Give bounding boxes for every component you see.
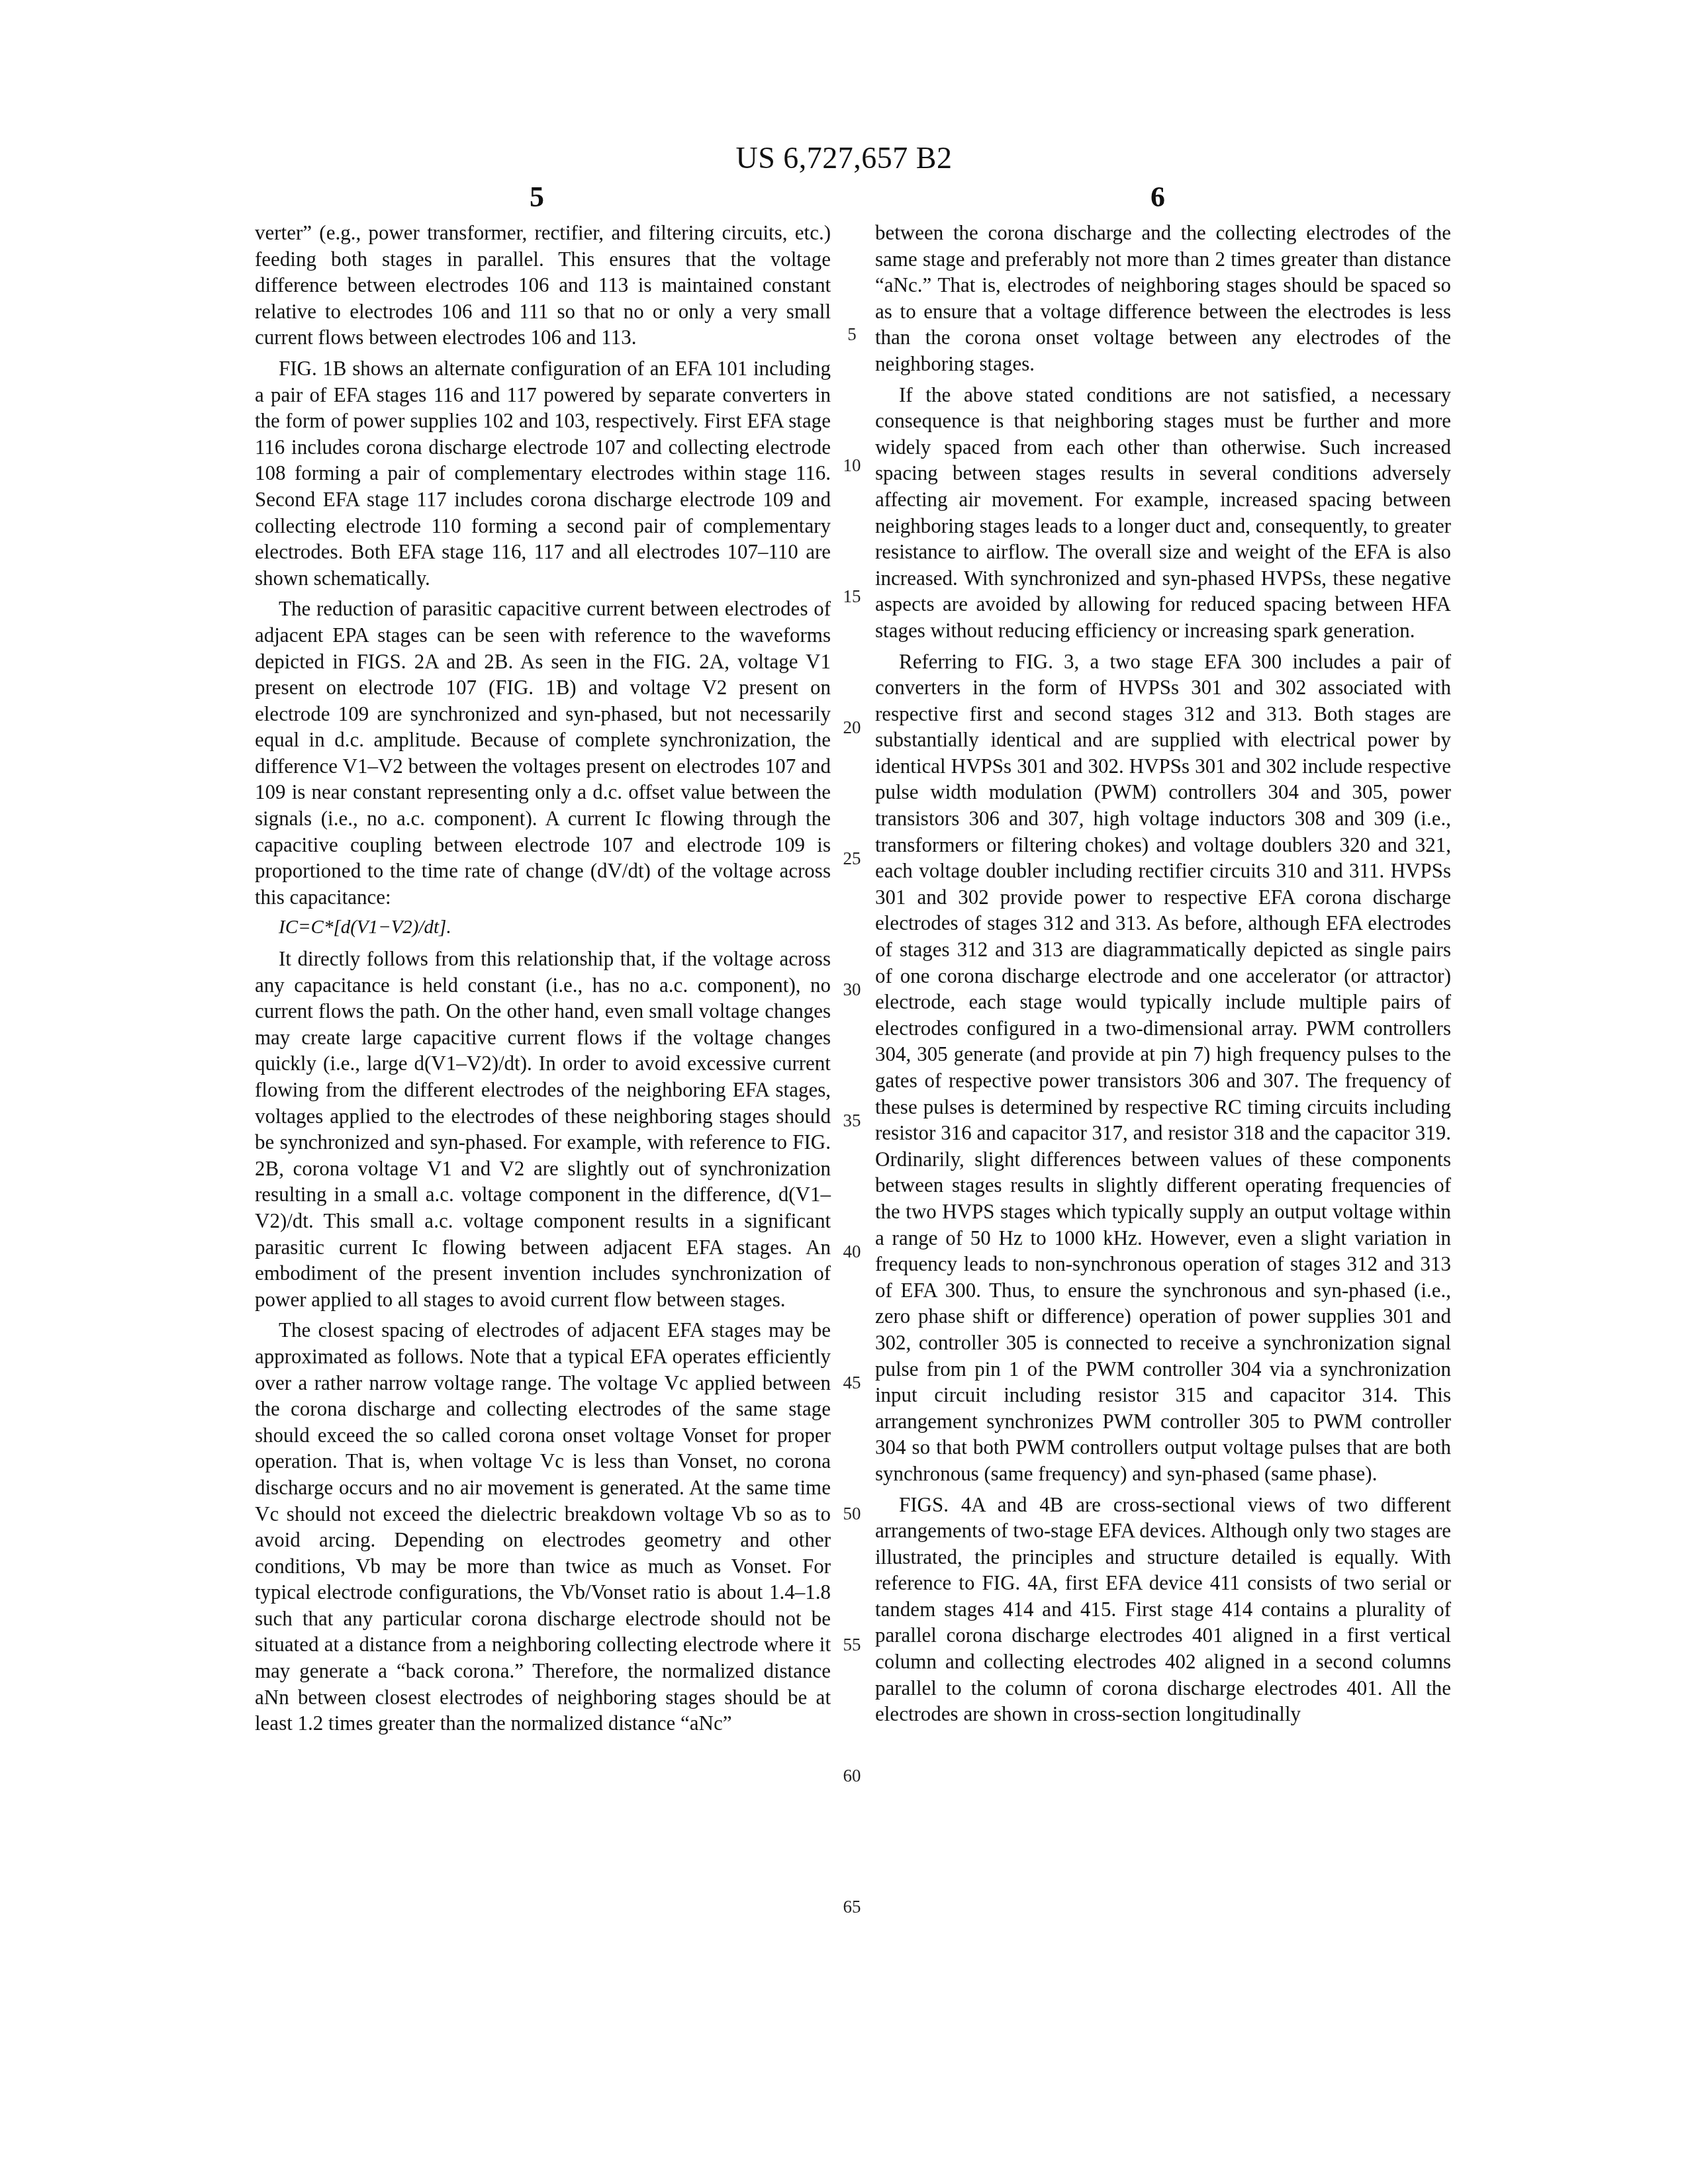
line-number: 5 <box>835 324 868 345</box>
line-number: 50 <box>835 1504 868 1524</box>
paragraph: If the above stated conditions are not s… <box>875 382 1451 644</box>
column-number-right: 6 <box>1150 180 1165 214</box>
paragraph: It directly follows from this relationsh… <box>255 946 831 1312</box>
line-number: 20 <box>835 717 868 738</box>
paragraph: between the corona discharge and the col… <box>875 220 1451 377</box>
line-number: 60 <box>835 1766 868 1786</box>
line-number: 35 <box>835 1111 868 1131</box>
line-number: 15 <box>835 586 868 607</box>
line-number: 65 <box>835 1897 868 1917</box>
patent-number: US 6,727,657 B2 <box>0 140 1688 175</box>
line-number: 40 <box>835 1242 868 1262</box>
line-number: 25 <box>835 848 868 869</box>
paragraph: FIGS. 4A and 4B are cross-sectional view… <box>875 1492 1451 1727</box>
left-text-column: verter” (e.g., power transformer, rectif… <box>255 220 831 1741</box>
line-number: 10 <box>835 455 868 476</box>
line-number: 55 <box>835 1635 868 1655</box>
paragraph: The closest spacing of electrodes of adj… <box>255 1317 831 1737</box>
paragraph: verter” (e.g., power transformer, rectif… <box>255 220 831 351</box>
right-text-column: between the corona discharge and the col… <box>875 220 1451 1732</box>
line-number: 45 <box>835 1373 868 1393</box>
paragraph: FIG. 1B shows an alternate configuration… <box>255 355 831 591</box>
equation: IC=C*[d(V1−V2)/dt]. <box>255 915 831 941</box>
paragraph: Referring to FIG. 3, a two stage EFA 300… <box>875 649 1451 1487</box>
paragraph: The reduction of parasitic capacitive cu… <box>255 596 831 910</box>
column-number-left: 5 <box>530 180 544 214</box>
line-number: 30 <box>835 979 868 1000</box>
